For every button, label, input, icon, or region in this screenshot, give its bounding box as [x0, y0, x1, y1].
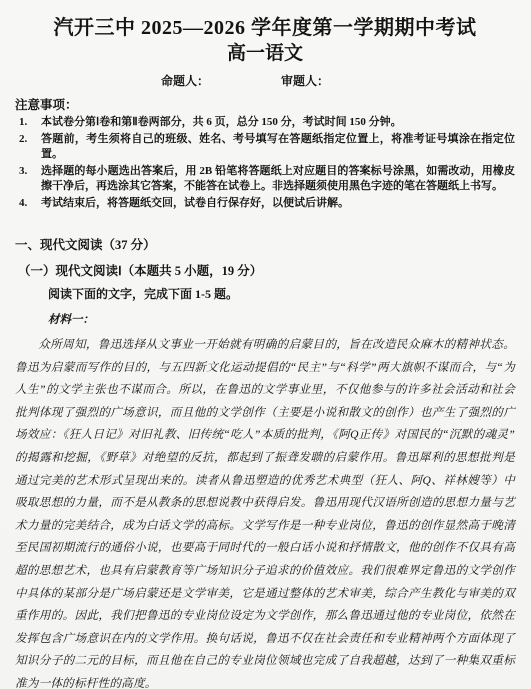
notice-text: 答题前，考生须将自己的班级、姓名、考号填写在答题纸指定位置上，将准考证号填涂在指… [41, 132, 515, 163]
proposer-label: 命题人： [161, 72, 209, 89]
exam-meta-row: 命题人： 审题人： [0, 72, 515, 89]
notice-number: 4. [15, 196, 41, 212]
notice-item: 2. 答题前，考生须将自己的班级、姓名、考号填写在答题纸指定位置上，将准考证号填… [15, 132, 515, 163]
notice-text: 本试卷分第Ⅰ卷和第Ⅱ卷两部分，共 6 页，总分 150 分，考试时间 150 分… [41, 115, 515, 131]
notice-number: 3. [15, 164, 41, 195]
notice-header: 注意事项： [15, 97, 515, 113]
material-one-label: 材料一： [48, 313, 515, 328]
notice-number: 1. [15, 115, 41, 131]
section-heading-modern-reading: 一、现代文阅读（37 分） [15, 237, 515, 254]
subsection-heading-reading-1: （一）现代文阅读Ⅰ（本题共 5 小题，19 分） [18, 263, 515, 280]
notice-item: 4. 考试结束后，将答题纸交回，试卷自行保存好，以便试后讲解。 [15, 196, 515, 212]
exam-title: 汽开三中 2025—2026 学年度第一学期期中考试 [15, 16, 515, 41]
notice-item: 3. 选择题的每小题选出答案后，用 2B 铅笔将答题纸上对应题目的答案标号涂黑，… [15, 164, 515, 195]
exam-paper-page: 汽开三中 2025—2026 学年度第一学期期中考试 高一语文 命题人： 审题人… [0, 0, 531, 689]
exam-subject-title: 高一语文 [15, 42, 515, 66]
notice-text: 考试结束后，将答题纸交回，试卷自行保存好，以便试后讲解。 [41, 196, 515, 212]
material-one-text: 众所周知，鲁迅选择从文事业一开始就有明确的启蒙目的，旨在改造民众麻木的精神状态。… [15, 334, 515, 689]
reviewer-label: 审题人： [281, 72, 329, 89]
notice-list: 1. 本试卷分第Ⅰ卷和第Ⅱ卷两部分，共 6 页，总分 150 分，考试时间 15… [15, 115, 515, 211]
notice-item: 1. 本试卷分第Ⅰ卷和第Ⅱ卷两部分，共 6 页，总分 150 分，考试时间 15… [15, 115, 515, 131]
notice-text: 选择题的每小题选出答案后，用 2B 铅笔将答题纸上对应题目的答案标号涂黑，如需改… [41, 164, 515, 195]
notice-number: 2. [15, 132, 41, 163]
reading-instruction: 阅读下面的文字，完成下面 1-5 题。 [48, 286, 515, 302]
